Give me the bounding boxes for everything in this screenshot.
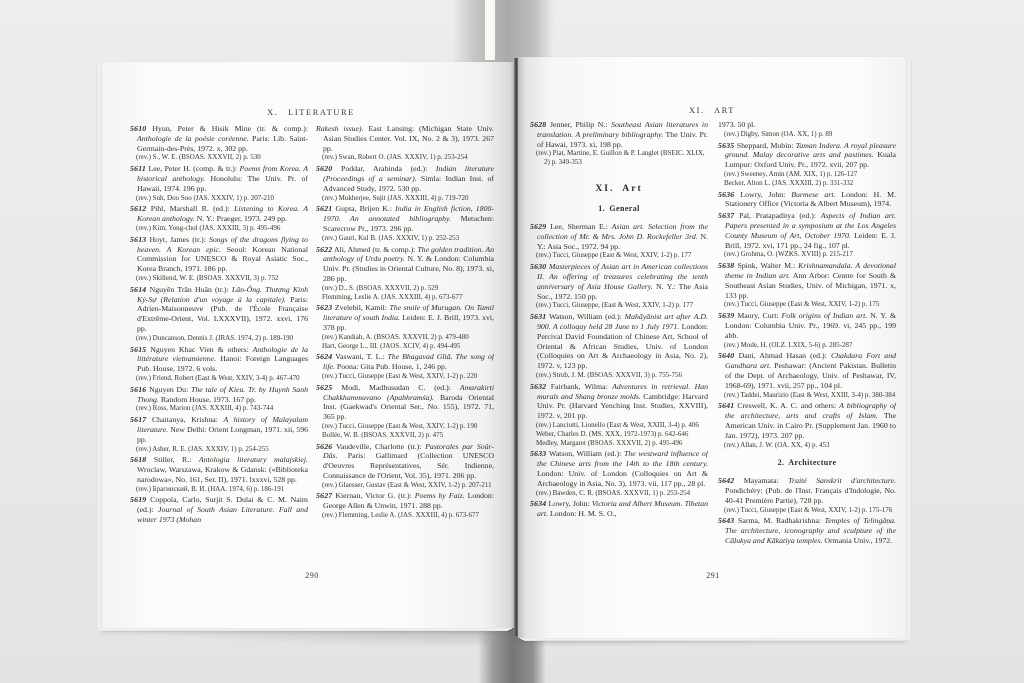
entry-plain-text: Jenner, Philip N.: — [550, 120, 611, 129]
left-page: X. LITERATURE 5610 Hyun, Peter & Hisik M… — [102, 62, 514, 628]
entry-plain-text: Nguyen Du: — [149, 385, 191, 394]
review-citation: (rev.) Tucci, Giuseppe (East & West, XXI… — [316, 372, 494, 381]
left-page-column-1: 5610 Hyun, Peter & Hisik Mine (tr. & com… — [130, 124, 308, 578]
right-page-column-2: 1973. 50 pl.(rev.) Digby, Simon (OA. XX,… — [718, 120, 896, 574]
bib-entry: 5616 Nguyen Du: The tale of Kieu. Tr. by… — [130, 385, 308, 413]
review-citation: (rev.) Tucci, Giuseppe, (East & West, XX… — [530, 301, 708, 310]
entry-plain-text: Nguyen Khac Vien & others: — [150, 345, 252, 354]
review-citation: (rev.) Duncanson, Dennis J. (JRAS. 1974,… — [130, 334, 308, 343]
review-citation: (rev.) Tucci, Giuseppe (East & West, XXI… — [718, 506, 896, 515]
right-page-header: XI. ART — [530, 106, 894, 115]
review-citation: (rev.) Bawden, C. R. (BSOAS. XXXVII, 1) … — [530, 489, 708, 498]
entry-plain-text: Lee, Peter H. (comp. & tr.): — [148, 164, 239, 173]
review-citation: (rev.) Mukherjee, Sujit (JAS. XXXIII, 4)… — [316, 194, 494, 203]
review-citation: (rev.) Ross, Marion (JAS. XXXIII, 4) p. … — [130, 404, 308, 413]
entry-number: 5623 — [316, 303, 332, 312]
review-citation: (rev.) Allan, J. W. (OA. XX, 4) p. 453 — [718, 441, 896, 450]
entry-plain-text: Watson, William (ed.): — [549, 449, 624, 458]
entry-body: 5610 Hyun, Peter & Hisik Mine (tr. & com… — [130, 124, 308, 153]
bib-entry: 5633 Watson, William (ed.): The westward… — [530, 449, 708, 497]
entry-plain-text: Kiernan, Victor G. (tr.): — [335, 491, 414, 500]
entry-title-text: Antologia literatury malajskiej. — [199, 455, 308, 464]
bib-entry: 5641 Creswell, K. A. C. and others: A bi… — [718, 401, 896, 449]
bib-entry: 5630 Masterpieces of Asian art in Americ… — [530, 262, 708, 310]
entry-body: 5642 Mayamata: Traité Sanskrit d'archite… — [718, 476, 896, 505]
entry-plain-text: Creswell, K. A. C. and others: — [737, 401, 839, 410]
left-page-number: 290 — [130, 571, 494, 580]
entry-number: 5626 — [316, 442, 332, 451]
entry-number: 5615 — [130, 345, 146, 354]
entry-number: 5619 — [130, 495, 146, 504]
entry-body: 5643 Sarma, M. Radhakrishna: Temples of … — [718, 516, 896, 545]
entry-body: 5629 Lee, Sherman E.: Asian art. Selecti… — [530, 222, 708, 251]
entry-body: 5636 Lowry, John: Burmese art. London: H… — [718, 190, 896, 210]
entry-number: 5634 — [530, 499, 546, 508]
bib-entry-continuation: Rakesh issue). East Lansing: (Michigan S… — [316, 124, 494, 162]
entry-title-text: Traité Sanskrit d'architecture. — [788, 476, 896, 485]
entry-body: 5614 Nguyên Trân Huân (tr.): Lãn-Ông. Th… — [130, 285, 308, 334]
entry-number: 5622 — [316, 245, 332, 254]
left-page-header: X. LITERATURE — [130, 108, 492, 117]
entry-body: 5628 Jenner, Philip N.: Southeast Asian … — [530, 120, 708, 149]
entry-plain-text: London: H. M. S. O., — [548, 509, 616, 518]
entry-body: 5611 Lee, Peter H. (comp. & tr.): Poems … — [130, 164, 308, 193]
review-citation: (rev.) Kandiah, A. (BSOAS. XXXVII, 2) p.… — [316, 333, 494, 342]
entry-plain-text: Fairbank, Wilma: — [551, 382, 612, 391]
entry-body: 5617 Chaitanya, Krishna: A history of Ma… — [130, 415, 308, 444]
entry-number: 5613 — [130, 235, 146, 244]
entry-body: 5634 Lowry, John: Victoria and Albert Mu… — [530, 499, 708, 519]
bib-entry: 5614 Nguyên Trân Huân (tr.): Lãn-Ông. Th… — [130, 285, 308, 343]
entry-plain-text: Zvelebil, Kamil: — [335, 303, 390, 312]
left-page-column-2: Rakesh issue). East Lansing: (Michigan S… — [316, 124, 494, 578]
subsection-heading: 1. General — [530, 204, 708, 213]
review-citation: (rev.) Tucci, Giuseppe (East & West, XXI… — [718, 300, 896, 309]
entry-body: 5637 Pal, Pratapaditya (ed.): Aspects of… — [718, 211, 896, 250]
book-spine-top — [452, 0, 554, 63]
entry-body: 5639 Maury, Curt: Folk origins of Indian… — [718, 311, 896, 340]
entry-plain-text: Spink, Walter M.: — [737, 261, 798, 270]
entry-number: 5633 — [530, 449, 546, 458]
review-citation: Hart, George L., III. (JAOS. XCIV, 4) p.… — [316, 342, 494, 351]
section-heading: XI. Art — [530, 183, 708, 194]
entry-body: 5615 Nguyen Khac Vien & others: Antholog… — [130, 345, 308, 374]
bib-entry: 5626 Vaudeville, Charlotte (tr.): Pastor… — [316, 442, 494, 490]
review-citation: (rev.) Брагинский, В. И. (НАА. 1974, 6) … — [130, 485, 308, 494]
review-citation: Flemming, Leslie A. (JAS. XXXIII, 4) p. … — [316, 293, 494, 302]
entry-plain-text: Modi, Madhusudan C. (ed.): — [341, 383, 459, 392]
bib-entry: 5618 Stiller, R.: Antologia literatury m… — [130, 455, 308, 493]
bib-entry: 5632 Fairbank, Wilma: Adventures in retr… — [530, 382, 708, 448]
entry-title-text: Folk origins of Indian art. — [782, 311, 868, 320]
entry-number: 5636 — [718, 190, 734, 199]
bib-entry: 5613 Hoyt, James (tr.): Songs of the dra… — [130, 235, 308, 283]
entry-number: 5625 — [316, 383, 332, 392]
entry-plain-text: Pal, Pratapaditya (ed.): — [739, 211, 821, 220]
left-page-columns: 5610 Hyun, Peter & Hisik Mine (tr. & com… — [130, 124, 494, 578]
entry-body: 5631 Watson, William (ed.): Mahāyānist a… — [530, 312, 708, 371]
entry-body: 5638 Spink, Walter M.: Krishnamandala. A… — [718, 261, 896, 300]
bib-entry-continuation: 1973. 50 pl.(rev.) Digby, Simon (OA. XX,… — [718, 120, 896, 139]
bib-entry: 5620 Poddar, Arabinda (ed.): Indian lite… — [316, 164, 494, 202]
entry-number: 5614 — [130, 285, 146, 294]
review-citation: (rev.) Glaesser, Gustav (East & West, XX… — [316, 481, 494, 490]
entry-number: 5635 — [718, 141, 734, 150]
entry-number: 5621 — [316, 204, 332, 213]
entry-number: 5629 — [530, 222, 546, 231]
entry-plain-text: Hyun, Peter & Hisik Mine (tr. & comp.): — [152, 124, 308, 133]
entry-number: 5640 — [718, 351, 734, 360]
right-page-column-1: 5628 Jenner, Philip N.: Southeast Asian … — [530, 120, 708, 574]
bib-entry: 5640 Dani, Ahmad Hasan (ed.): Chakdara F… — [718, 351, 896, 399]
review-citation: (rev.) Piat, Martine, E. Guillon & P. La… — [530, 149, 708, 167]
entry-body: 5632 Fairbank, Wilma: Adventures in retr… — [530, 382, 708, 421]
entry-plain-text: Lowry, John: — [740, 190, 791, 199]
entry-body: 5640 Dani, Ahmad Hasan (ed.): Chakdara F… — [718, 351, 896, 390]
entry-plain-text: Stiller, R.: — [154, 455, 199, 464]
entry-plain-text: Sarma, M. Radhakrishna: — [738, 516, 825, 525]
entry-plain-text: Pihl, Marshall R. (ed.): — [151, 204, 234, 213]
bib-entry: 5623 Zvelebil, Kamil: The smile of Murug… — [316, 303, 494, 350]
entry-plain-text: London: Univ. of London (Colloquies on A… — [537, 469, 708, 488]
entry-body: 5624 Vaswani, T. L.: The Bhagavad Gītā. … — [316, 352, 494, 372]
review-citation: (rev.) D., S. (BSOAS. XXXVII, 2) p. 529 — [316, 284, 494, 293]
bib-entry: 5615 Nguyen Khac Vien & others: Antholog… — [130, 345, 308, 383]
bib-entry: 5635 Sheppard, Mubin: Taman Indera. A ro… — [718, 141, 896, 188]
entry-plain-text: Maury, Curt: — [737, 311, 781, 320]
bib-entry: 5639 Maury, Curt: Folk origins of Indian… — [718, 311, 896, 349]
entry-plain-text: Ali, Ahmed (tr. & comp.): — [334, 245, 417, 254]
entry-body: 5625 Modi, Madhusudan C. (ed.): Amarakir… — [316, 383, 494, 422]
entry-number: 5611 — [130, 164, 146, 173]
entry-plain-text: Dani, Ahmad Hasan (ed.): — [739, 351, 831, 360]
bib-entry: 5624 Vaswani, T. L.: The Bhagavad Gītā. … — [316, 352, 494, 380]
entry-body: Rakesh issue). East Lansing: (Michigan S… — [316, 124, 494, 153]
entry-number: 5617 — [130, 415, 146, 424]
review-citation: Medley, Margaret (BSOAS. XXXVII, 2) p. 4… — [530, 439, 708, 448]
entry-body: 5613 Hoyt, James (tr.): Songs of the dra… — [130, 235, 308, 274]
entry-number: 5618 — [130, 455, 146, 464]
bib-entry: 5634 Lowry, John: Victoria and Albert Mu… — [530, 499, 708, 519]
bib-entry: 5627 Kiernan, Victor G. (tr.): Poems by … — [316, 491, 494, 519]
review-citation: (rev.) Tucci, Giuseppe (East & West, XXI… — [316, 422, 494, 431]
entry-plain-text: Poona: Gita Pub. House, 1, 246 pp. — [335, 362, 447, 371]
entry-number: 5610 — [130, 124, 146, 133]
review-citation: Becker, Alton L. (JAS. XXXIII, 2) p. 331… — [718, 179, 896, 188]
right-page-columns: 5628 Jenner, Philip N.: Southeast Asian … — [530, 120, 896, 574]
review-citation: (rev.) Lanciotti, Lionello (East & West,… — [530, 421, 708, 430]
entry-number: 5612 — [130, 204, 146, 213]
entry-body: 5621 Gupta, Brijen K.: India in English … — [316, 204, 494, 233]
entry-plain-text: 1973. 50 pl. — [718, 120, 755, 129]
review-citation: (rev.) Gauri, Kul B. (JAS. XXXIV, 1) p. … — [316, 234, 494, 243]
review-citation: (rev.) Skillend, W. E. (BSOAS. XXXVII, 3… — [130, 274, 308, 283]
entry-number: 5628 — [530, 120, 546, 129]
entry-body: 5619 Coppola, Carlo, Surjit S. Dulai & C… — [130, 495, 308, 524]
entry-plain-text: Poddar, Arabinda (ed.): — [341, 164, 436, 173]
bib-entry: 5638 Spink, Walter M.: Krishnamandala. A… — [718, 261, 896, 309]
review-citation: Weber, Charles D. (MS. XXX, 1972-1973) p… — [530, 430, 708, 439]
entry-body: 5612 Pihl, Marshall R. (ed.): Listening … — [130, 204, 308, 224]
entry-title-text: Anthologie de la poésie coréenne. — [137, 134, 249, 143]
entry-plain-text: Watson, William (ed.): — [549, 312, 625, 321]
entry-plain-text: Vaswani, T. L.: — [335, 352, 387, 361]
review-citation: (rev.) Sweeney, Amin (AM. XIX, 1) p. 126… — [718, 170, 896, 179]
entry-plain-text: Sheppard, Mubin: — [737, 141, 796, 150]
entry-body: 5622 Ali, Ahmed (tr. & comp.): The golde… — [316, 245, 494, 284]
entry-number: 5627 — [316, 491, 332, 500]
entry-number: 5639 — [718, 311, 734, 320]
entry-title-text: Journal of South Asian Literature. Fall … — [137, 505, 308, 524]
book-photo-scene: X. LITERATURE 5610 Hyun, Peter & Hisik M… — [0, 0, 1024, 683]
entry-body: 5623 Zvelebil, Kamil: The smile of Murug… — [316, 303, 494, 332]
right-page: XI. ART 5628 Jenner, Philip N.: Southeas… — [518, 57, 906, 638]
entry-number: 5616 — [130, 385, 146, 394]
entry-plain-text: Vaudeville, Charlotte (tr.): — [336, 442, 425, 451]
review-citation: (rev.) Friend, Robert (East & West, XXIV… — [130, 374, 308, 383]
entry-plain-text: Hoyt, James (tr.): — [150, 235, 209, 244]
review-citation: (rev.) Digby, Simon (OA. XX, 1) p. 89 — [718, 130, 896, 139]
entry-number: 5637 — [718, 211, 734, 220]
entry-number: 5642 — [718, 476, 734, 485]
entry-body: 1973. 50 pl. — [718, 120, 896, 130]
review-citation: (rev.) S., W. E. (BSOAS. XXXVII, 2) p. 5… — [130, 153, 308, 162]
entry-plain-text: Mayamata: — [744, 476, 788, 485]
entry-body: 5618 Stiller, R.: Antologia literatury m… — [130, 455, 308, 484]
subsection-heading: 2. Architecture — [718, 458, 896, 467]
entry-plain-text: N. Y.: Praeger, 1973. 249 pp. — [195, 214, 287, 223]
review-citation: Bollée, W. B. (BSOAS. XXXVII, 2) p. 475 — [316, 431, 494, 440]
entry-number: 5624 — [316, 352, 332, 361]
entry-body: 5626 Vaudeville, Charlotte (tr.): Pastor… — [316, 442, 494, 481]
review-citation: (rev.) Strub, J. M. (BSOAS. XXXVII, 3) p… — [530, 371, 708, 380]
entry-plain-text: Chaitanya, Krishna: — [152, 415, 224, 424]
bib-entry: 5621 Gupta, Brijen K.: India in English … — [316, 204, 494, 242]
entry-number: 5632 — [530, 382, 546, 391]
bib-entry: 5637 Pal, Pratapaditya (ed.): Aspects of… — [718, 211, 896, 259]
bib-entry: 5631 Watson, William (ed.): Mahāyānist a… — [530, 312, 708, 380]
bib-entry: 5628 Jenner, Philip N.: Southeast Asian … — [530, 120, 708, 167]
bib-entry: 5629 Lee, Sherman E.: Asian art. Selecti… — [530, 222, 708, 260]
review-citation: (rev.) Flemming, Leslie A. (JAS. XXXIII,… — [316, 511, 494, 520]
entry-body: 5630 Masterpieces of Asian art in Americ… — [530, 262, 708, 301]
bib-entry: 5622 Ali, Ahmed (tr. & comp.): The golde… — [316, 245, 494, 302]
entry-number: 5641 — [718, 401, 734, 410]
right-page-number: 291 — [530, 571, 896, 580]
entry-title-text: Poems by Faiz. — [415, 491, 465, 500]
review-citation: (rev.) Tucci, Giuseppe (East & West, XXI… — [530, 251, 708, 260]
bib-entry: 5642 Mayamata: Traité Sanskrit d'archite… — [718, 476, 896, 514]
review-citation: (rev.) Grohma, O. (WZKS. XVIII) p. 215-2… — [718, 250, 896, 259]
bib-entry: 5625 Modi, Madhusudan C. (ed.): Amarakir… — [316, 383, 494, 440]
entry-number: 5620 — [316, 164, 332, 173]
entry-title-text: Burmese art. — [791, 190, 835, 199]
bib-entry: 5643 Sarma, M. Radhakrishna: Temples of … — [718, 516, 896, 545]
entry-plain-text: Ormania Univ., 1972. — [822, 536, 892, 545]
entry-body: 5620 Poddar, Arabinda (ed.): Indian lite… — [316, 164, 494, 193]
entry-plain-text: Paris: Gallimard (Collection UNESCO d'Oe… — [323, 451, 494, 480]
bib-entry: 5636 Lowry, John: Burmese art. London: H… — [718, 190, 896, 210]
entry-number: 5631 — [530, 312, 546, 321]
bib-entry: 5611 Lee, Peter H. (comp. & tr.): Poems … — [130, 164, 308, 202]
entry-body: 5616 Nguyen Du: The tale of Kieu. Tr. by… — [130, 385, 308, 405]
entry-title-text: Rakesh issue). — [316, 124, 364, 133]
entry-plain-text: Lee, Sherman E.: — [550, 222, 611, 231]
bib-entry: 5617 Chaitanya, Krishna: A history of Ma… — [130, 415, 308, 453]
entry-body: 5641 Creswell, K. A. C. and others: A bi… — [718, 401, 896, 440]
entry-number: 5638 — [718, 261, 734, 270]
entry-plain-text: Wroclaw, Warszawa, Krakow & Gdansk: («Bi… — [137, 465, 308, 484]
bib-entry: 5610 Hyun, Peter & Hisik Mine (tr. & com… — [130, 124, 308, 162]
review-citation: (rev.) Asher, R. E. (JAS. XXXIV, 1) p. 2… — [130, 445, 308, 454]
entry-number: 5643 — [718, 516, 734, 525]
bookmark-ribbon — [485, 0, 495, 60]
entry-body: 5627 Kiernan, Victor G. (tr.): Poems by … — [316, 491, 494, 511]
entry-body: 5635 Sheppard, Mubin: Taman Indera. A ro… — [718, 141, 896, 170]
entry-plain-text: Lowry, John: — [549, 499, 592, 508]
entry-plain-text: Random House, 1973. 167 pp. — [159, 395, 256, 404]
review-citation: (rev.) Swan, Robert O. (JAS. XXXIV, 1) p… — [316, 153, 494, 162]
review-citation: (rev.) Kim, Yong-chol (JAS. XXXIII, 3) p… — [130, 224, 308, 233]
review-citation: (rev.) Suh, Doo Soo (JAS. XXXIV, 1) p. 2… — [130, 194, 308, 203]
bib-entry: 5612 Pihl, Marshall R. (ed.): Listening … — [130, 204, 308, 232]
entry-plain-text: Gupta, Brijen K.: — [336, 204, 396, 213]
entry-plain-text: Pondichéry: (Pub. de l'Inst. Français d'… — [725, 486, 896, 505]
entry-number: 5630 — [530, 262, 546, 271]
entry-plain-text: Nguyên Trân Huân (tr.): — [150, 285, 232, 294]
review-citation: (rev.) Taddei, Maurizio (East & West, XX… — [718, 391, 896, 400]
entry-body: 5633 Watson, William (ed.): The westward… — [530, 449, 708, 488]
review-citation: (rev.) Mode, H. (OLZ. LXIX, 5-6) p. 285-… — [718, 341, 896, 350]
bib-entry: 5619 Coppola, Carlo, Surjit S. Dulai & C… — [130, 495, 308, 524]
